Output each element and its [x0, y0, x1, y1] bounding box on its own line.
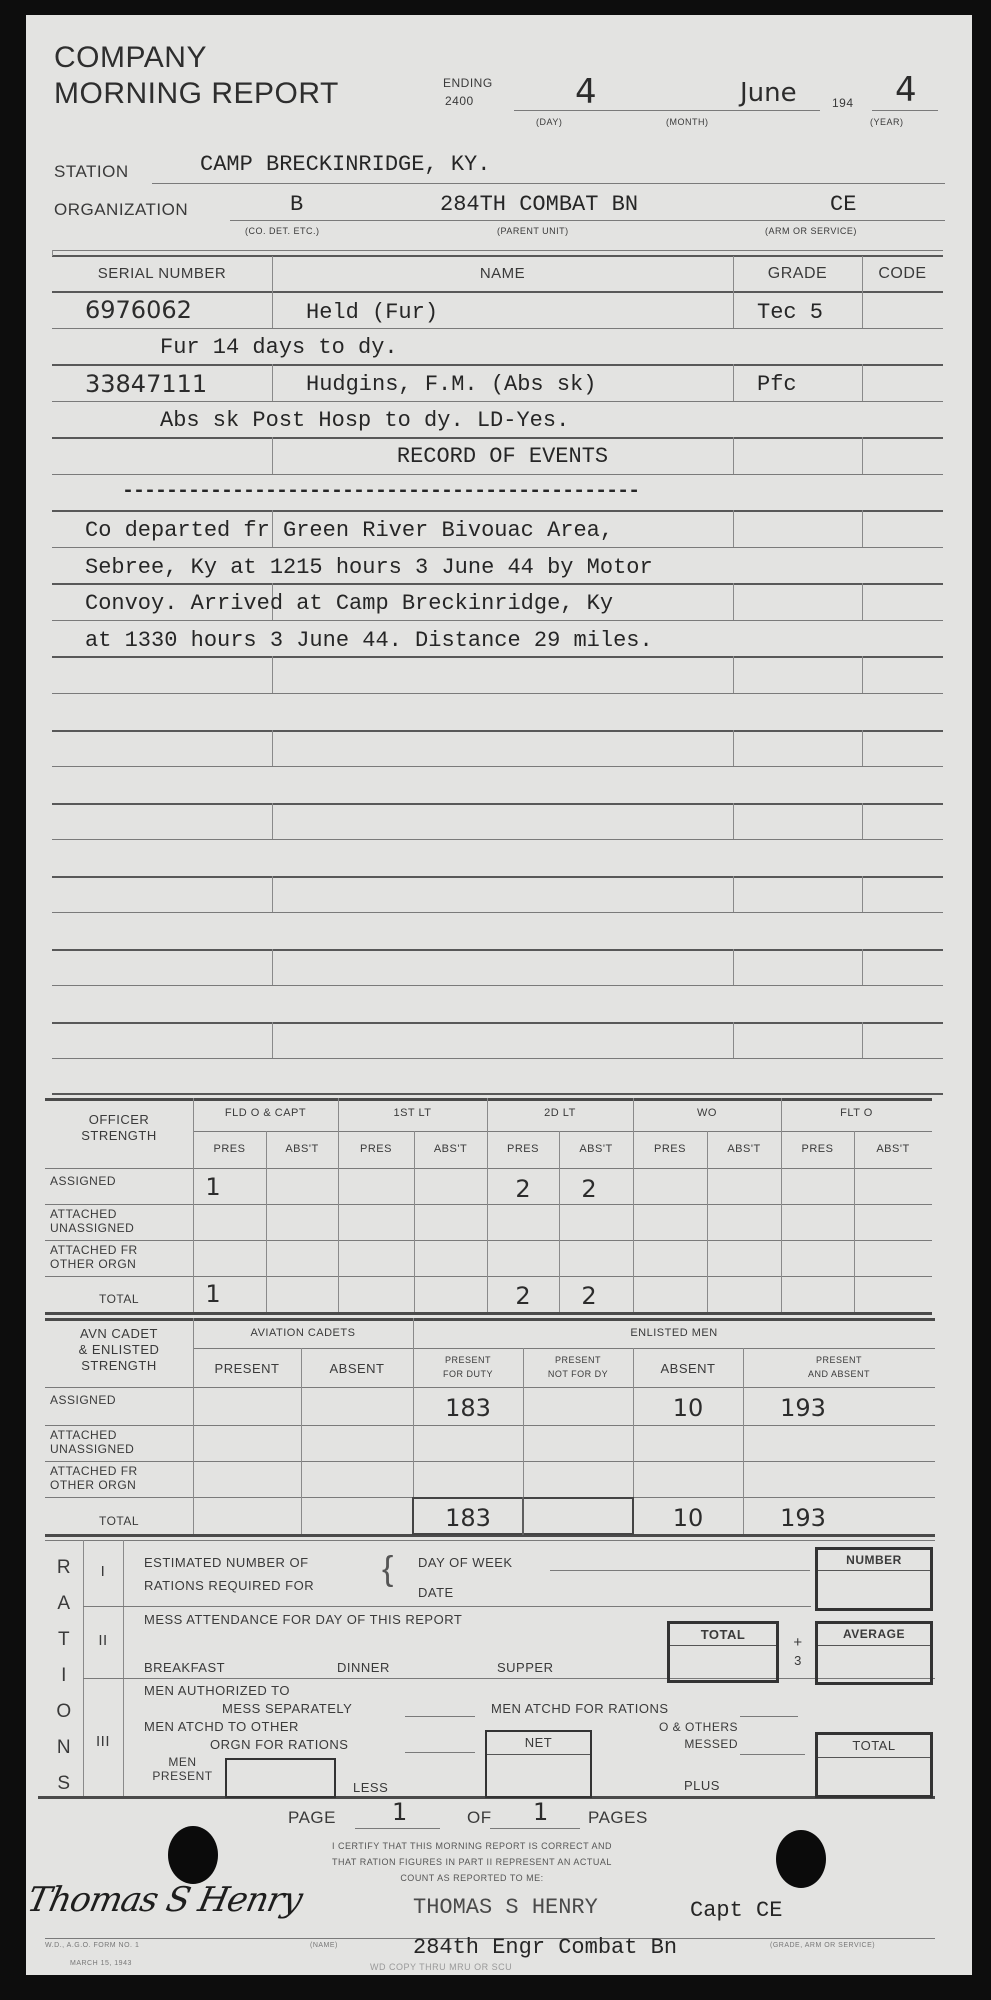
- dinner-label: DINNER: [337, 1660, 390, 1675]
- enlisted-strength-title: AVN CADET & ENLISTED STRENGTH: [45, 1326, 193, 1374]
- sub-pres: PRES: [487, 1143, 559, 1155]
- plus-label: PLUS: [684, 1778, 720, 1793]
- group-fld-o-capt: FLD O & CAPT: [193, 1107, 338, 1119]
- cert-line: THAT RATION FIGURES IN PART II REPRESENT…: [262, 1854, 682, 1870]
- col-divider: [854, 1131, 855, 1312]
- year-prefix: 194: [832, 96, 854, 110]
- divide-by: 3: [788, 1653, 808, 1668]
- event-line: Sebree, Ky at 1215 hours 3 June 44 by Mo…: [85, 555, 653, 580]
- rule: [52, 839, 943, 840]
- col-divider: [733, 583, 734, 620]
- officer-title-line1: OFFICER: [45, 1112, 193, 1128]
- col-divider: [781, 1098, 782, 1312]
- sub-pres: PRES: [338, 1143, 414, 1155]
- officer-value: 2: [559, 1175, 619, 1203]
- rations-top: [45, 1540, 935, 1541]
- col-divider: [272, 876, 273, 912]
- soldier-name: Hudgins, F.M. (Abs sk): [306, 372, 596, 397]
- men-present-box[interactable]: [225, 1758, 336, 1798]
- sub-abst: ABS'T: [266, 1143, 338, 1155]
- col-divider: [193, 1318, 194, 1534]
- average-label: AVERAGE: [818, 1624, 930, 1646]
- atchd-other-input[interactable]: [405, 1752, 475, 1753]
- station-underline: [152, 183, 945, 184]
- row-label-assigned: ASSIGNED: [50, 1393, 116, 1407]
- header-line: PRESENT: [413, 1353, 523, 1367]
- sub-abst: ABS'T: [559, 1143, 633, 1155]
- cadet-absent-header: ABSENT: [301, 1361, 413, 1376]
- rule: [193, 1131, 932, 1132]
- section-numeral-iii: III: [83, 1733, 123, 1750]
- enlisted-value: 10: [633, 1504, 743, 1532]
- col-divider: [862, 803, 863, 839]
- col-divider: [272, 364, 273, 401]
- others-messed-input[interactable]: [740, 1754, 805, 1755]
- organization-label: ORGANIZATION: [54, 200, 188, 220]
- col-divider: [272, 656, 273, 693]
- rule: [52, 401, 943, 402]
- section-numeral-i: I: [83, 1563, 123, 1580]
- row-label-assigned: ASSIGNED: [50, 1174, 116, 1188]
- rule: [52, 364, 943, 366]
- ending-time: 2400: [445, 94, 474, 108]
- form-title-line1: COMPANY: [54, 42, 207, 74]
- record-of-events-title: RECORD OF EVENTS: [272, 444, 733, 469]
- mess-attendance-title: MESS ATTENDANCE FOR DAY OF THIS REPORT: [144, 1612, 462, 1627]
- col-divider: [862, 730, 863, 766]
- officer-value: 2: [487, 1282, 559, 1310]
- col-divider: [862, 949, 863, 985]
- row-label-attached-unassigned: ATTACHED UNASSIGNED: [50, 1207, 160, 1235]
- arm-service-value: CE: [830, 192, 856, 217]
- date-underline: [514, 110, 820, 111]
- row-label-total: TOTAL: [45, 1514, 193, 1528]
- col-divider: [733, 437, 734, 474]
- col-divider: [272, 803, 273, 839]
- group-wo: WO: [633, 1107, 781, 1119]
- signer-name: THOMAS S HENRY: [413, 1895, 598, 1920]
- soldier-remark: Abs sk Post Hosp to dy. LD-Yes.: [160, 408, 569, 433]
- col-divider: [862, 437, 863, 474]
- date-label: DATE: [418, 1585, 454, 1600]
- soldier-name: Held (Fur): [306, 300, 438, 325]
- section-numeral-ii: II: [83, 1632, 123, 1649]
- col-divider: [862, 1022, 863, 1058]
- rule: [52, 474, 943, 475]
- side-letter: N: [45, 1730, 83, 1766]
- less-label: LESS: [353, 1780, 388, 1795]
- side-letter: A: [45, 1586, 83, 1622]
- col-divider: [414, 1131, 415, 1312]
- rule: [52, 949, 943, 951]
- rule: [83, 1606, 811, 1607]
- header-name: NAME: [272, 265, 733, 282]
- rule: [83, 1678, 935, 1679]
- enlisted-value: 193: [743, 1504, 863, 1532]
- rule: [45, 1204, 932, 1205]
- header-line: PRESENT: [523, 1353, 633, 1367]
- col-divider: [272, 1022, 273, 1058]
- events-separator: ----------------------------------------…: [122, 480, 842, 503]
- header-grade: GRADE: [733, 265, 862, 283]
- enlisted-value: 10: [633, 1394, 743, 1422]
- men-authorized-line1: MEN AUTHORIZED TO: [144, 1683, 290, 1698]
- col-divider: [272, 949, 273, 985]
- commander-signature: Thomas S Henry: [24, 1880, 306, 1920]
- group-1st-lt: 1ST LT: [338, 1107, 487, 1119]
- copy-note: WD COPY THRU MRU OR SCU: [370, 1962, 512, 1972]
- rations-total-label: TOTAL: [818, 1735, 930, 1758]
- officer-value: 1: [193, 1280, 233, 1308]
- rule: [52, 803, 943, 805]
- col-divider: [862, 364, 863, 401]
- col-divider: [733, 876, 734, 912]
- rations-side-label: R A T I O N S: [45, 1550, 83, 1802]
- officer-table-top: [45, 1098, 932, 1101]
- side-letter: I: [45, 1658, 83, 1694]
- serial-number: 33847111: [85, 370, 207, 398]
- pages-label: PAGES: [588, 1808, 648, 1828]
- col-divider: [266, 1131, 267, 1312]
- roster-top-line: [52, 250, 943, 251]
- arm-sublabel: (ARM OR SERVICE): [765, 226, 857, 236]
- col-divider: [733, 803, 734, 839]
- men-atchd-rations-label: MEN ATCHD FOR RATIONS: [491, 1701, 669, 1716]
- men-present-label: MEN PRESENT: [140, 1755, 225, 1783]
- mess-separately-input[interactable]: [405, 1716, 475, 1717]
- report-year: 4: [895, 70, 917, 110]
- sub-pres: PRES: [193, 1143, 266, 1155]
- label-line: O & OTHERS: [620, 1719, 738, 1736]
- row-label-attached-fr-other: ATTACHED FR OTHER ORGN: [50, 1464, 170, 1492]
- station-label: STATION: [54, 162, 129, 182]
- rule: [52, 693, 943, 694]
- rule: [52, 766, 943, 767]
- col-divider: [862, 876, 863, 912]
- group-flt-o: FLT O: [781, 1107, 932, 1119]
- station-value: CAMP BRECKINRIDGE, KY.: [200, 152, 490, 177]
- parent-unit-value: 284TH COMBAT BN: [440, 192, 638, 217]
- col-divider: [123, 1540, 124, 1796]
- month-label: (MONTH): [666, 117, 709, 127]
- mess-total-box[interactable]: TOTAL: [667, 1621, 779, 1683]
- roster-left-tick: [52, 250, 53, 256]
- header-line: NOT FOR DY: [523, 1367, 633, 1381]
- col-divider: [338, 1098, 339, 1312]
- rule: [52, 730, 943, 732]
- certification-text: I CERTIFY THAT THIS MORNING REPORT IS CO…: [262, 1838, 682, 1886]
- organization-underline: [230, 220, 945, 221]
- pages-underline: [490, 1828, 580, 1829]
- col-divider: [707, 1131, 708, 1312]
- rule: [52, 328, 943, 329]
- side-letter: R: [45, 1550, 83, 1586]
- rule: [52, 1093, 943, 1095]
- supper-label: SUPPER: [497, 1660, 553, 1675]
- rule: [52, 620, 943, 621]
- serial-number: 6976062: [85, 296, 192, 324]
- label-line: MESSED: [620, 1736, 738, 1753]
- year-label: (YEAR): [870, 117, 904, 127]
- of-label: OF: [467, 1808, 492, 1828]
- sub-abst: ABS'T: [854, 1143, 932, 1155]
- cert-line: I CERTIFY THAT THIS MORNING REPORT IS CO…: [262, 1838, 682, 1854]
- report-month: June: [740, 78, 797, 108]
- col-divider: [862, 256, 863, 328]
- men-authorized-line2: MESS SEPARATELY: [222, 1701, 352, 1716]
- group-2d-lt: 2D LT: [487, 1107, 633, 1119]
- rule: [45, 1461, 935, 1462]
- brace-icon: {: [382, 1550, 394, 1589]
- company-sublabel: (CO. DET. ETC.): [245, 226, 320, 236]
- page-number: 1: [392, 1798, 407, 1826]
- header-line: FOR DUTY: [413, 1367, 523, 1381]
- number-label: NUMBER: [818, 1550, 930, 1571]
- sub-abst: ABS'T: [414, 1143, 487, 1155]
- rule: [52, 985, 943, 986]
- officer-title-line2: STRENGTH: [45, 1128, 193, 1144]
- col-divider: [272, 730, 273, 766]
- soldier-grade: Tec 5: [757, 300, 823, 325]
- report-day: 4: [575, 72, 597, 112]
- header-line: PRESENT: [743, 1353, 935, 1367]
- event-line: Convoy. Arrived at Camp Breckinridge, Ky: [85, 591, 613, 616]
- form-date: MARCH 15, 1943: [70, 1960, 132, 1967]
- rule: [45, 1387, 935, 1388]
- rule: [45, 1425, 935, 1426]
- men-atchd-rations-input[interactable]: [740, 1716, 798, 1717]
- average-box[interactable]: AVERAGE: [815, 1621, 933, 1685]
- men-atchd-other-line1: MEN ATCHD TO OTHER: [144, 1719, 299, 1734]
- cert-line: COUNT AS REPORTED TO ME:: [262, 1870, 682, 1886]
- enlisted-value: 193: [743, 1394, 863, 1422]
- col-divider: [862, 656, 863, 693]
- rule: [52, 1022, 943, 1024]
- rule: [52, 291, 943, 293]
- header-code: CODE: [862, 265, 943, 283]
- officer-value: 2: [487, 1175, 559, 1203]
- row-label-attached-fr-other: ATTACHED FR OTHER ORGN: [50, 1243, 170, 1271]
- enlisted-title-line3: STRENGTH: [45, 1358, 193, 1374]
- label-line: PRESENT: [140, 1769, 225, 1783]
- col-divider: [733, 256, 734, 328]
- parent-unit-sublabel: (PARENT UNIT): [497, 226, 569, 236]
- side-letter: T: [45, 1622, 83, 1658]
- enlisted-present-and-absent-header: PRESENT AND ABSENT: [743, 1353, 935, 1381]
- form-number: W.D., A.G.O. FORM NO. 1: [45, 1942, 139, 1949]
- enlisted-title-line1: AVN CADET: [45, 1326, 193, 1342]
- day-of-week-input[interactable]: [550, 1570, 810, 1571]
- rule: [52, 912, 943, 913]
- officer-value: 1: [193, 1173, 233, 1201]
- label-line: MEN: [140, 1755, 225, 1769]
- grade-sublabel: (GRADE, ARM OR SERVICE): [770, 1942, 875, 1949]
- row-label-attached-unassigned: ATTACHED UNASSIGNED: [50, 1428, 160, 1456]
- net-label: NET: [487, 1732, 590, 1755]
- col-divider: [733, 949, 734, 985]
- others-messed-label: O & OTHERS MESSED: [620, 1719, 738, 1753]
- sub-abst: ABS'T: [707, 1143, 781, 1155]
- punch-hole: [168, 1826, 218, 1884]
- rations-est-line2: RATIONS REQUIRED FOR: [144, 1578, 314, 1593]
- page-label: PAGE: [288, 1808, 336, 1828]
- group-aviation-cadets: AVIATION CADETS: [193, 1327, 413, 1339]
- sub-pres: PRES: [633, 1143, 707, 1155]
- total-pages: 1: [533, 1798, 548, 1826]
- col-divider: [733, 1022, 734, 1058]
- event-line: at 1330 hours 3 June 44. Distance 29 mil…: [85, 628, 653, 653]
- enlisted-value: 183: [413, 1394, 523, 1422]
- rule: [52, 583, 943, 585]
- mess-total-label: TOTAL: [670, 1624, 776, 1646]
- officer-strength-title: OFFICER STRENGTH: [45, 1112, 193, 1144]
- col-divider: [487, 1098, 488, 1312]
- form-title-line2: MORNING REPORT: [54, 78, 339, 110]
- col-divider: [733, 730, 734, 766]
- enlisted-title-line2: & ENLISTED: [45, 1342, 193, 1358]
- col-divider: [733, 656, 734, 693]
- soldier-remark: Fur 14 days to dy.: [160, 335, 398, 360]
- day-of-week-label: DAY OF WEEK: [418, 1555, 513, 1570]
- rule: [52, 437, 943, 439]
- row-label-total: TOTAL: [45, 1292, 193, 1306]
- day-label: (DAY): [536, 117, 562, 127]
- rule: [45, 1168, 932, 1169]
- rule: [45, 1240, 932, 1241]
- side-letter: O: [45, 1694, 83, 1730]
- col-divider: [862, 583, 863, 620]
- rations-est-line1: ESTIMATED NUMBER OF: [144, 1555, 309, 1570]
- rule: [193, 1348, 935, 1349]
- enlisted-absent-header: ABSENT: [633, 1361, 743, 1376]
- rations-total-box[interactable]: TOTAL: [815, 1732, 933, 1798]
- men-atchd-other-line2: ORGN FOR RATIONS: [210, 1737, 348, 1752]
- col-divider: [633, 1098, 634, 1312]
- punch-hole: [776, 1830, 826, 1888]
- enlisted-value: 183: [413, 1504, 523, 1532]
- rule: [45, 1276, 932, 1277]
- officer-value: 2: [559, 1282, 619, 1310]
- rule: [52, 547, 943, 548]
- enlisted-table-top: [45, 1318, 935, 1321]
- roster-top-line-2: [52, 255, 943, 257]
- col-divider: [862, 510, 863, 547]
- breakfast-label: BREAKFAST: [144, 1660, 225, 1675]
- rule: [52, 876, 943, 878]
- cadet-present-header: PRESENT: [193, 1361, 301, 1376]
- enlisted-present-not-for-duty-header: PRESENT NOT FOR DY: [523, 1353, 633, 1381]
- enlisted-present-for-duty-header: PRESENT FOR DUTY: [413, 1353, 523, 1381]
- signer-grade: Capt CE: [690, 1898, 782, 1923]
- header-serial-number: SERIAL NUMBER: [52, 265, 272, 282]
- company-value: B: [290, 192, 303, 217]
- event-line: Co departed fr Green River Bivouac Area,: [85, 518, 613, 543]
- net-box[interactable]: NET: [485, 1730, 592, 1798]
- col-divider: [272, 256, 273, 328]
- rule: [52, 510, 943, 512]
- name-sublabel: (NAME): [310, 1942, 338, 1949]
- sub-pres: PRES: [781, 1143, 854, 1155]
- signer-unit: 284th Engr Combat Bn: [413, 1935, 677, 1960]
- side-letter: S: [45, 1766, 83, 1802]
- plus-sign: +: [788, 1634, 808, 1651]
- ending-label: ENDING: [443, 76, 493, 90]
- page-underline: [355, 1828, 440, 1829]
- col-divider: [733, 364, 734, 401]
- year-underline: [872, 110, 938, 111]
- soldier-grade: Pfc: [757, 372, 797, 397]
- header-line: AND ABSENT: [743, 1367, 935, 1381]
- group-enlisted-men: ENLISTED MEN: [413, 1327, 935, 1339]
- number-box[interactable]: NUMBER: [815, 1547, 933, 1611]
- rule: [45, 1312, 932, 1315]
- rule: [52, 656, 943, 658]
- col-divider: [733, 510, 734, 547]
- rule: [52, 1058, 943, 1059]
